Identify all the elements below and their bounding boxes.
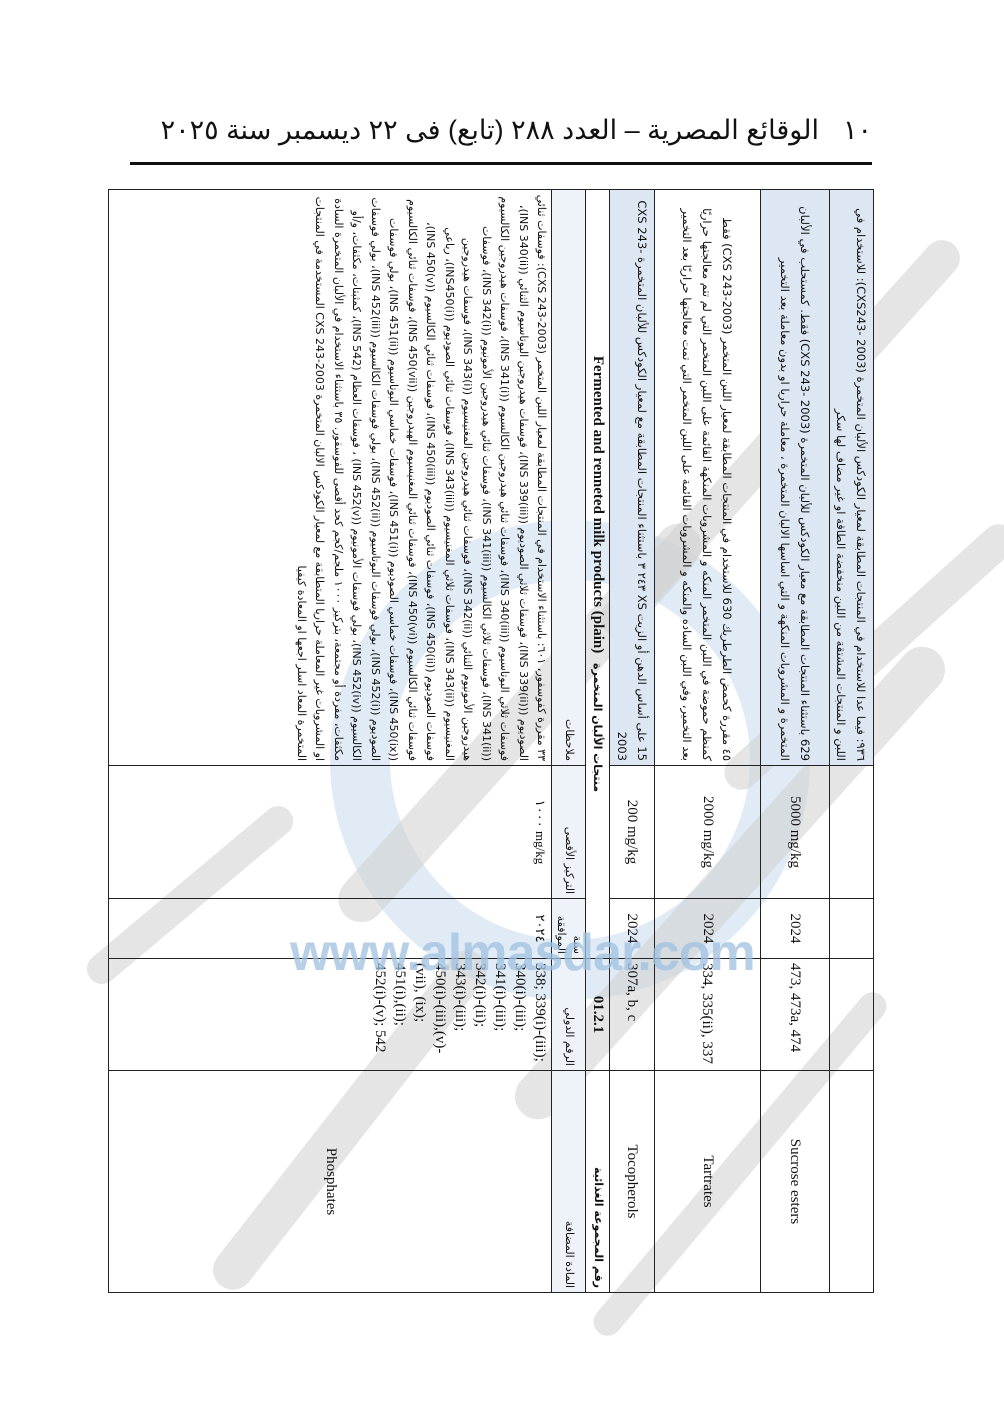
- cell-additive: Tocopherols: [610, 1071, 655, 1293]
- cell-ins: 473, 473a, 474: [761, 959, 830, 1071]
- cell-max-level: 2000 mg/kg: [655, 766, 761, 899]
- cell-additive: Phosphates: [109, 1071, 552, 1293]
- table-row: Phosphates 338; 339(i)-(iii); 340(i)-(ii…: [109, 190, 552, 1293]
- header-notes: ملاحظات: [552, 190, 586, 766]
- page-header: ١٠ الوقائع المصرية – العدد ٢٨٨ (تابع) فى…: [130, 108, 872, 152]
- header-max-level: التركيز الأقصى: [552, 766, 586, 899]
- cell-notes: ٣٣ مقررة كفوسفور، ٦٠١: باستثناء الاستخدا…: [109, 190, 552, 766]
- header-year: سنة الموافقة: [552, 899, 586, 959]
- cell-year: 2024: [761, 899, 830, 959]
- food-category-name-ar: منتجات الألبان المتخمرة: [591, 663, 604, 792]
- cell-year: 2024: [610, 899, 655, 959]
- rotated-table-wrapper: ٩٣٦: فيما عدا للاستخدام في المنتجات المط…: [132, 189, 874, 1292]
- cell-ins: 338; 339(i)-(iii); 340(i)-(iii); 341(i)-…: [109, 959, 552, 1071]
- table-header-row: المادة المضافة الرقم الدولي سنة الموافقة…: [552, 190, 586, 1293]
- cell-notes: 629 باستثناء المنتجات المطابقة مع معيار …: [761, 190, 830, 766]
- food-additives-table: ٩٣٦: فيما عدا للاستخدام في المنتجات المط…: [109, 189, 875, 1293]
- cell-year: ٢٠٢٤: [109, 899, 552, 959]
- table-row: Tocopherols 307a, b, c 2024 200 mg/kg 15…: [610, 190, 655, 1293]
- cell-ins: [830, 959, 874, 1071]
- cell-additive: [830, 1071, 874, 1293]
- header-ins: الرقم الدولي: [552, 959, 586, 1071]
- cell-max-level: [830, 766, 874, 899]
- table-row-continuation: ٩٣٦: فيما عدا للاستخدام في المنتجات المط…: [830, 190, 874, 1293]
- header-rule: [130, 162, 872, 165]
- cell-notes: 15 على أساس الدهن أو الزيت XS ٢٤٣ ٣ باست…: [610, 190, 655, 766]
- food-category-code: 01.2.1: [586, 959, 610, 1071]
- cell-ins: 307a, b, c: [610, 959, 655, 1071]
- food-category-name: منتجات الألبان المتخمرة Fermented and re…: [586, 190, 610, 959]
- food-category-name-en: Fermented and renneted milk products (pl…: [590, 356, 606, 653]
- cell-additive: Tartrates: [655, 1071, 761, 1293]
- header-additive: المادة المضافة: [552, 1071, 586, 1293]
- food-category-label: رقم المجموعة الغذائية: [586, 1071, 610, 1293]
- cell-max-level: 200 mg/kg: [610, 766, 655, 899]
- cell-additive: Sucrose esters: [761, 1071, 830, 1293]
- food-category-row: رقم المجموعة الغذائية 01.2.1 منتجات الأل…: [586, 190, 610, 1293]
- cell-max-level: 5000 mg/kg: [761, 766, 830, 899]
- table-row: Sucrose esters 473, 473a, 474 2024 5000 …: [761, 190, 830, 1293]
- cell-ins: 334, 335(ii), 337: [655, 959, 761, 1071]
- cell-year: [830, 899, 874, 959]
- cell-max-level: ١٠٠٠ mg/kg: [109, 766, 552, 899]
- table-row: Tartrates 334, 335(ii), 337 2024 2000 mg…: [655, 190, 761, 1293]
- page-number: ١٠: [843, 115, 872, 146]
- cell-notes: ٤٥ مقررة كحمض الطرطريك 630 للاستخدام في …: [655, 190, 761, 766]
- cell-notes: ٩٣٦: فيما عدا للاستخدام في المنتجات المط…: [830, 190, 874, 766]
- gazette-title: الوقائع المصرية – العدد ٢٨٨ (تابع) فى ٢٢…: [161, 115, 819, 146]
- cell-year: 2024: [655, 899, 761, 959]
